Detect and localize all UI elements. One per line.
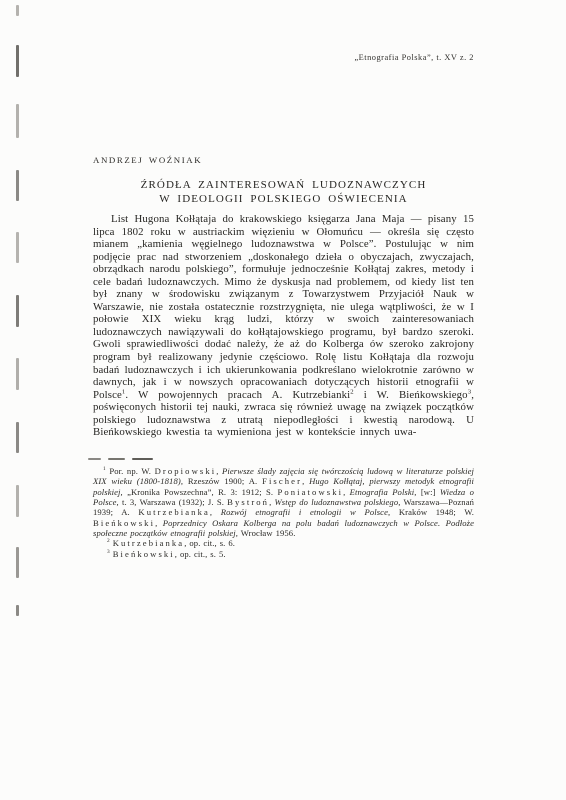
scan-edge-mark [16, 232, 19, 263]
scan-edge-mark [16, 358, 19, 390]
scan-edge-mark [16, 422, 19, 453]
author-name: ANDRZEJ WOŹNIAK [93, 155, 474, 165]
footnote-2: 2 Kutrzebianka, op. cit., s. 6. [93, 538, 474, 548]
journal-citation: „Etnografia Polska”, t. XV z. 2 [93, 53, 474, 62]
footnote-3: 3 Bieńkowski, op. cit., s. 5. [93, 549, 474, 559]
scan-edge-mark [16, 485, 19, 517]
scanned-journal-page: „Etnografia Polska”, t. XV z. 2 ANDRZEJ … [0, 0, 566, 800]
scan-edge-mark [16, 104, 19, 138]
scan-edge-mark [16, 295, 19, 327]
scan-edge-mark [16, 5, 19, 16]
scan-edge-mark [16, 547, 19, 578]
article-title-line1: ŹRÓDŁA ZAINTERESOWAŃ LUDOZNAWCZYCH [93, 179, 474, 193]
article-title: ŹRÓDŁA ZAINTERESOWAŃ LUDOZNAWCZYCH W IDE… [93, 179, 474, 206]
body-paragraph: List Hugona Kołłątaja do krakowskiego ks… [93, 213, 474, 439]
scan-edge-mark [16, 45, 19, 77]
footnote-separator [88, 458, 208, 461]
article-title-line2: W IDEOLOGII POLSKIEGO OŚWIECENIA [93, 193, 474, 207]
footnote-1: 1 Por. np. W. Dropiowski, Pierwsze ślady… [93, 466, 474, 538]
scan-edge-mark [16, 170, 19, 201]
footnote-block: 1 Por. np. W. Dropiowski, Pierwsze ślady… [93, 466, 474, 559]
scan-edge-mark [16, 605, 19, 616]
